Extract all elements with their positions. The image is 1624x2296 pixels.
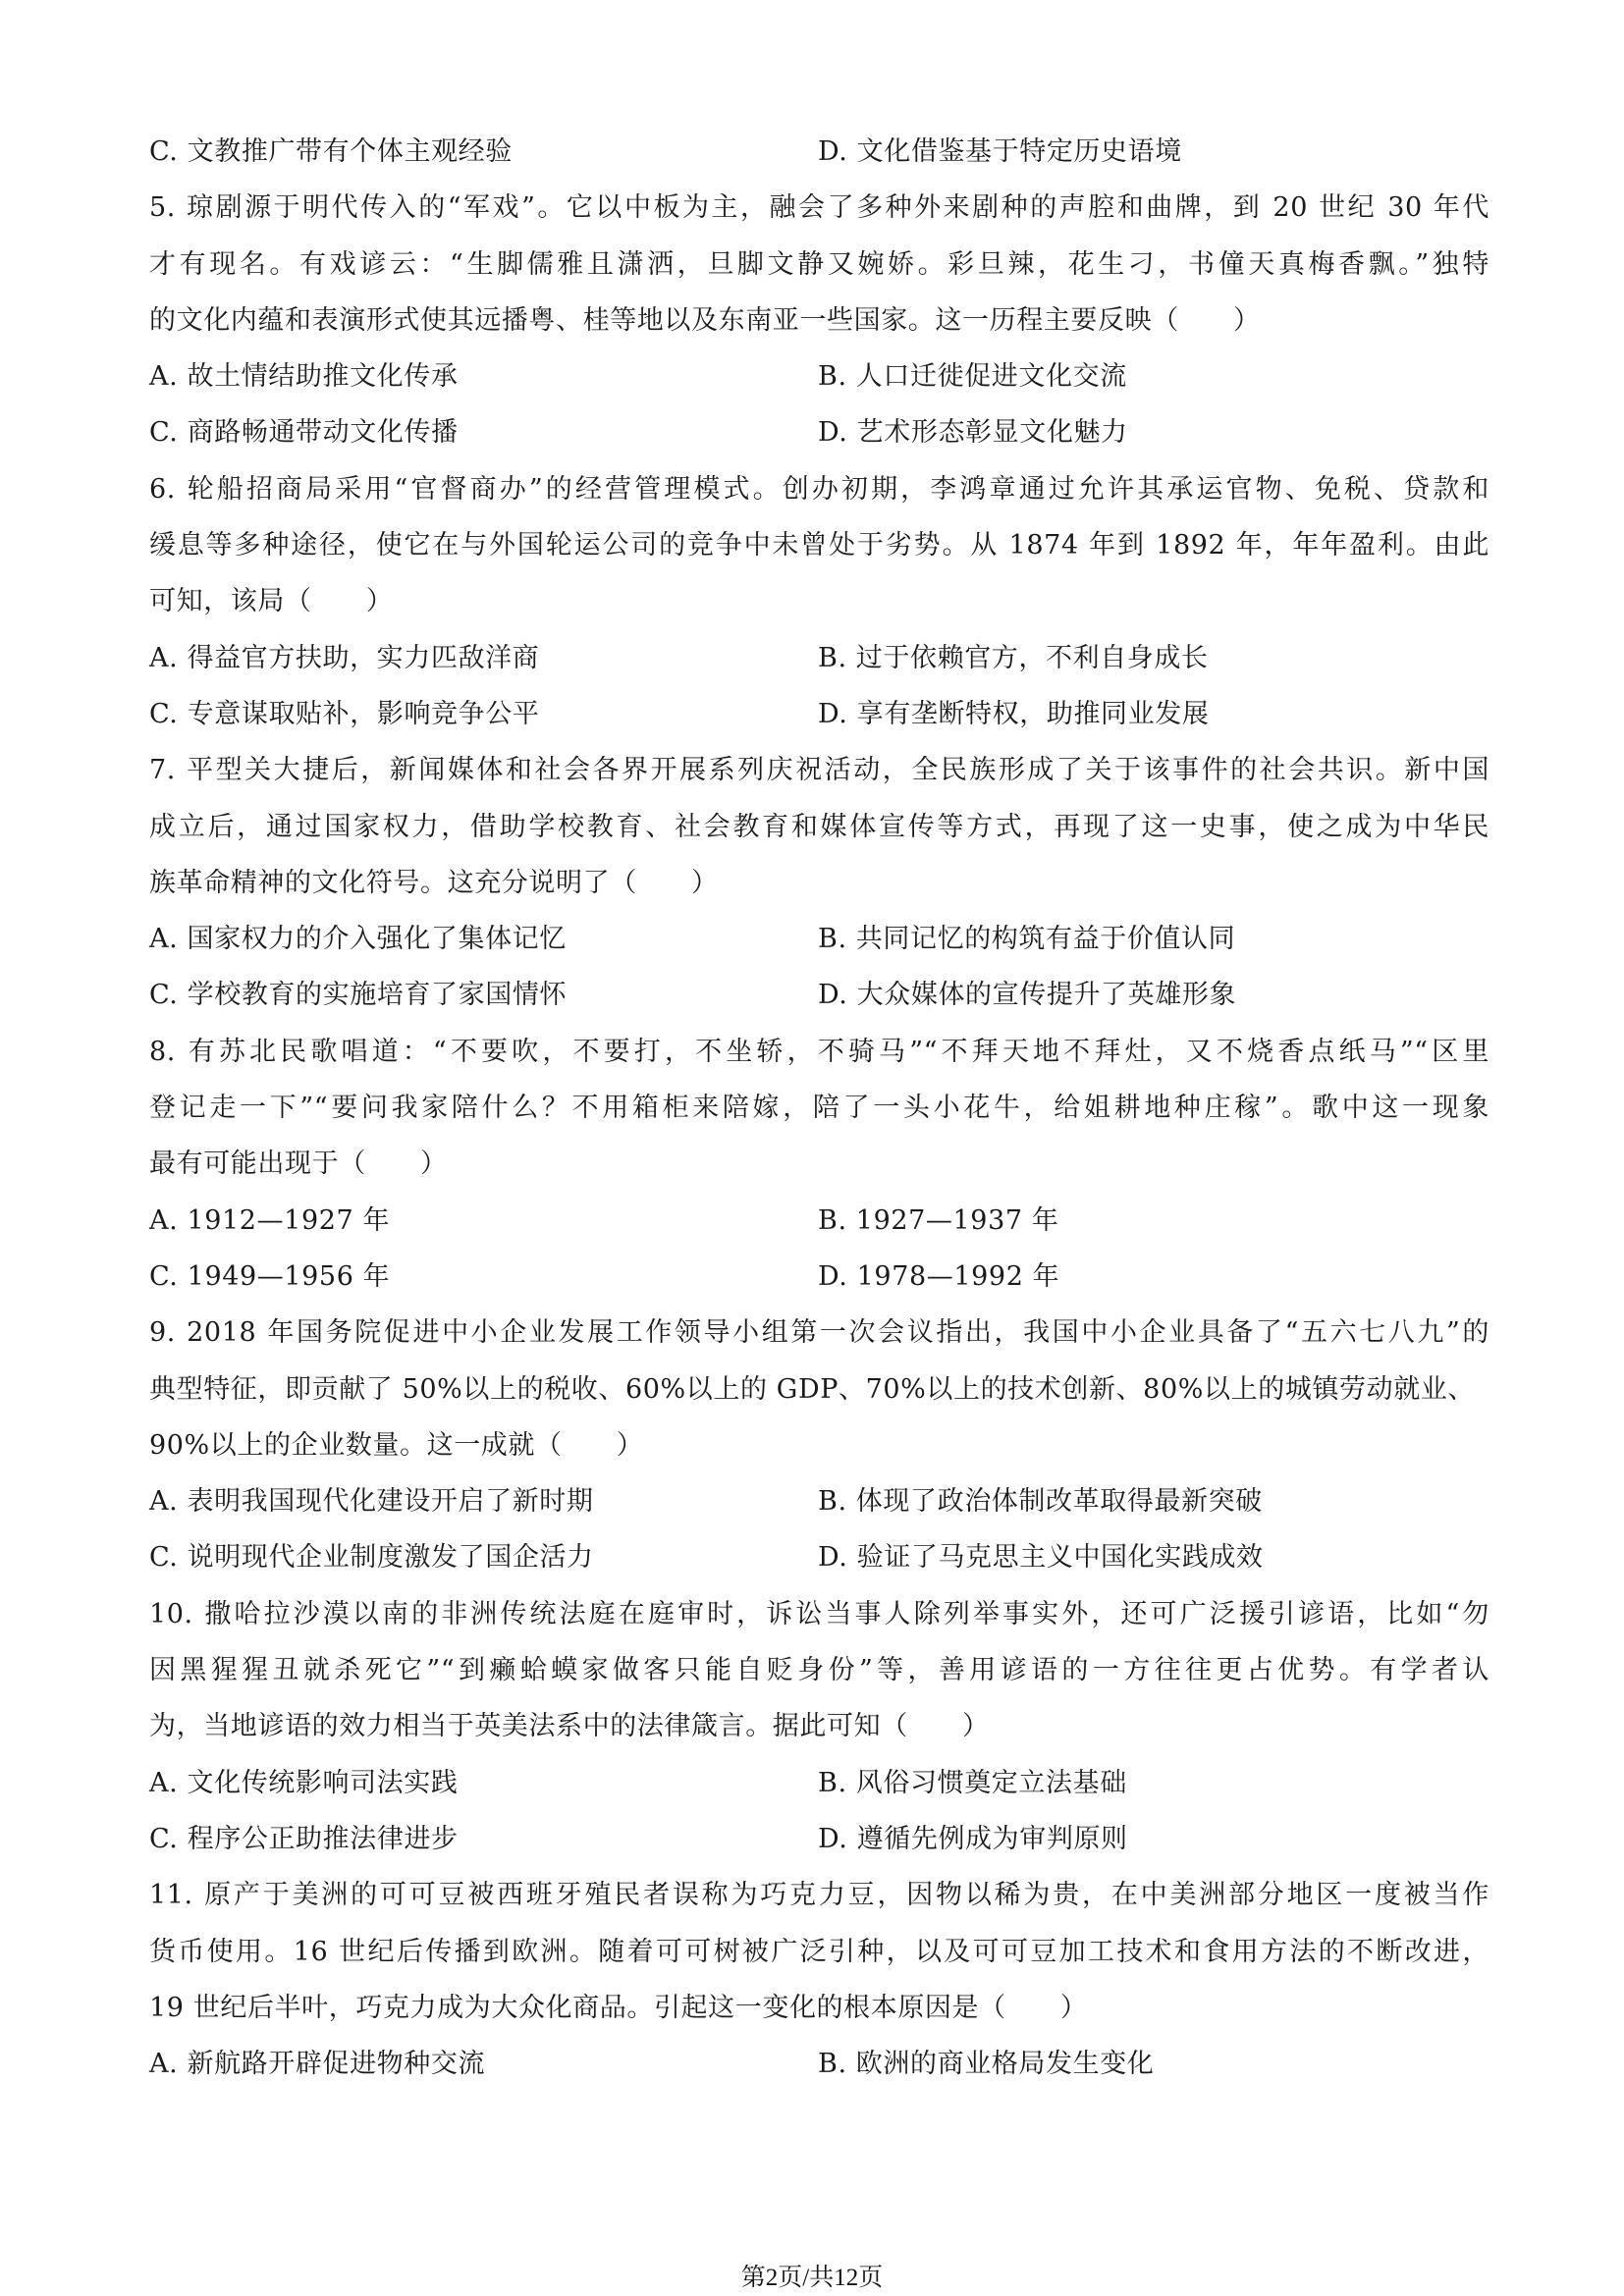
q7-option-a[interactable]: A. 国家权力的介入强化了集体记忆 — [149, 911, 818, 967]
q6-option-a[interactable]: A. 得益官方扶助，实力匹敌洋商 — [149, 630, 818, 686]
q9-stem-line-3: 90%以上的企业数量。这一成就（ ） — [149, 1417, 1489, 1473]
q7-stem-line-3: 族革命精神的文化符号。这充分说明了（ ） — [149, 855, 1489, 911]
q7-options-row-cd: C. 学校教育的实施培育了家国情怀 D. 大众媒体的宣传提升了英雄形象 — [149, 967, 1489, 1023]
q8-stem-line-1: 8. 有苏北民歌唱道：“不要吹，不要打，不坐轿，不骑马”“不拜天地不拜灶，又不烧… — [149, 1024, 1489, 1080]
q9-option-c[interactable]: C. 说明现代企业制度激发了国企活力 — [149, 1529, 818, 1585]
q10-stem-line-3: 为，当地谚语的效力相当于英美法系中的法律箴言。据此可知（ ） — [149, 1698, 1489, 1754]
q6-option-d[interactable]: D. 享有垄断特权，助推同业发展 — [818, 686, 1487, 742]
q5-stem-line-1: 5. 琼剧源于明代传入的“军戏”。它以中板为主，融会了多种外来剧种的声腔和曲牌，… — [149, 180, 1489, 236]
q7-option-d[interactable]: D. 大众媒体的宣传提升了英雄形象 — [818, 967, 1487, 1023]
q5-option-c[interactable]: C. 商路畅通带动文化传播 — [149, 404, 818, 460]
q10-option-d[interactable]: D. 遵循先例成为审判原则 — [818, 1811, 1487, 1867]
question-9: 9. 2018 年国务院促进中小企业发展工作领导小组第一次会议指出，我国中小企业… — [149, 1305, 1489, 1585]
q5-options-row-cd: C. 商路畅通带动文化传播 D. 艺术形态彰显文化魅力 — [149, 404, 1489, 460]
q5-options-row-ab: A. 故土情结助推文化传承 B. 人口迁徙促进文化交流 — [149, 348, 1489, 404]
q9-option-b[interactable]: B. 体现了政治体制改革取得最新突破 — [818, 1473, 1487, 1529]
q8-option-c[interactable]: C. 1949—1956 年 — [149, 1249, 818, 1305]
question-10: 10. 撒哈拉沙漠以南的非洲传统法庭在庭审时，诉讼当事人除列举事实外，还可广泛援… — [149, 1586, 1489, 1867]
q9-stem-line-1: 9. 2018 年国务院促进中小企业发展工作领导小组第一次会议指出，我国中小企业… — [149, 1305, 1489, 1361]
q7-stem-line-2: 成立后，通过国家权力，借助学校教育、社会教育和媒体宣传等方式，再现了这一史事，使… — [149, 799, 1489, 855]
q7-option-b[interactable]: B. 共同记忆的构筑有益于价值认同 — [818, 911, 1487, 967]
q10-stem-line-1: 10. 撒哈拉沙漠以南的非洲传统法庭在庭审时，诉讼当事人除列举事实外，还可广泛援… — [149, 1586, 1489, 1642]
q8-stem-line-2: 登记走一下”“要问我家陪什么？不用箱柜来陪嫁，陪了一头小花牛，给姐耕地种庄稼”。… — [149, 1080, 1489, 1136]
question-7: 7. 平型关大捷后，新闻媒体和社会各界开展系列庆祝活动，全民族形成了关于该事件的… — [149, 742, 1489, 1023]
q4-option-d[interactable]: D. 文化借鉴基于特定历史语境 — [818, 124, 1487, 180]
q6-options-row-ab: A. 得益官方扶助，实力匹敌洋商 B. 过于依赖官方，不利自身成长 — [149, 630, 1489, 686]
q6-stem-line-1: 6. 轮船招商局采用“官督商办”的经营管理模式。创办初期，李鸿章通过允许其承运官… — [149, 461, 1489, 517]
q10-stem-line-2: 因黑猩猩丑就杀死它”“到癞蛤蟆家做客只能自贬身份”等，善用谚语的一方往往更占优势… — [149, 1642, 1489, 1698]
q9-option-d[interactable]: D. 验证了马克思主义中国化实践成效 — [818, 1529, 1487, 1585]
q8-option-a[interactable]: A. 1912—1927 年 — [149, 1193, 818, 1249]
q6-stem-line-3: 可知，该局（ ） — [149, 573, 1489, 629]
q11-stem-line-2: 货币使用。16 世纪后传播到欧洲。随着可可树被广泛引种，以及可可豆加工技术和食用… — [149, 1924, 1489, 1980]
page-indicator: 第2页/共12页 — [0, 2258, 1624, 2293]
question-6: 6. 轮船招商局采用“官督商办”的经营管理模式。创办初期，李鸿章通过允许其承运官… — [149, 461, 1489, 742]
q6-options-row-cd: C. 专意谋取贴补，影响竞争公平 D. 享有垄断特权，助推同业发展 — [149, 686, 1489, 742]
q6-option-b[interactable]: B. 过于依赖官方，不利自身成长 — [818, 630, 1487, 686]
q8-option-d[interactable]: D. 1978—1992 年 — [818, 1249, 1487, 1305]
q9-options-row-ab: A. 表明我国现代化建设开启了新时期 B. 体现了政治体制改革取得最新突破 — [149, 1473, 1489, 1529]
q11-option-a[interactable]: A. 新航路开辟促进物种交流 — [149, 2036, 818, 2092]
q7-stem-line-1: 7. 平型关大捷后，新闻媒体和社会各界开展系列庆祝活动，全民族形成了关于该事件的… — [149, 742, 1489, 798]
q10-option-a[interactable]: A. 文化传统影响司法实践 — [149, 1755, 818, 1811]
q6-stem-line-2: 缓息等多种途径，使它在与外国轮运公司的竞争中未曾处于劣势。从 1874 年到 1… — [149, 517, 1489, 573]
q9-option-a[interactable]: A. 表明我国现代化建设开启了新时期 — [149, 1473, 818, 1529]
q5-option-d[interactable]: D. 艺术形态彰显文化魅力 — [818, 404, 1487, 460]
q7-options-row-ab: A. 国家权力的介入强化了集体记忆 B. 共同记忆的构筑有益于价值认同 — [149, 911, 1489, 967]
q5-stem-line-3: 的文化内蕴和表演形式使其远播粤、桂等地以及东南亚一些国家。这一历程主要反映（ ） — [149, 293, 1489, 348]
question-11: 11. 原产于美洲的可可豆被西班牙殖民者误称为巧克力豆，因物以稀为贵，在中美洲部… — [149, 1867, 1489, 2092]
q5-stem-line-2: 才有现名。有戏谚云：“生脚儒雅且潇洒，旦脚文静又婉娇。彩旦辣，花生刁，书僮天真梅… — [149, 237, 1489, 293]
exam-page: C. 文教推广带有个体主观经验 D. 文化借鉴基于特定历史语境 5. 琼剧源于明… — [149, 124, 1489, 2092]
q5-option-a[interactable]: A. 故土情结助推文化传承 — [149, 348, 818, 404]
q7-option-c[interactable]: C. 学校教育的实施培育了家国情怀 — [149, 967, 818, 1023]
q4-options-row-cd: C. 文教推广带有个体主观经验 D. 文化借鉴基于特定历史语境 — [149, 124, 1489, 180]
q8-options-row-ab: A. 1912—1927 年 B. 1927—1937 年 — [149, 1193, 1489, 1249]
q4-option-c[interactable]: C. 文教推广带有个体主观经验 — [149, 124, 818, 180]
q8-stem-line-3: 最有可能出现于（ ） — [149, 1136, 1489, 1192]
q10-options-row-cd: C. 程序公正助推法律进步 D. 遵循先例成为审判原则 — [149, 1811, 1489, 1867]
q9-stem-line-2: 典型特征，即贡献了 50%以上的税收、60%以上的 GDP、70%以上的技术创新… — [149, 1362, 1489, 1417]
question-8: 8. 有苏北民歌唱道：“不要吹，不要打，不坐轿，不骑马”“不拜天地不拜灶，又不烧… — [149, 1024, 1489, 1305]
question-5: 5. 琼剧源于明代传入的“军戏”。它以中板为主，融会了多种外来剧种的声腔和曲牌，… — [149, 180, 1489, 460]
q6-option-c[interactable]: C. 专意谋取贴补，影响竞争公平 — [149, 686, 818, 742]
q11-option-b[interactable]: B. 欧洲的商业格局发生变化 — [818, 2036, 1487, 2092]
q10-options-row-ab: A. 文化传统影响司法实践 B. 风俗习惯奠定立法基础 — [149, 1755, 1489, 1811]
q11-stem-line-1: 11. 原产于美洲的可可豆被西班牙殖民者误称为巧克力豆，因物以稀为贵，在中美洲部… — [149, 1867, 1489, 1923]
q8-option-b[interactable]: B. 1927—1937 年 — [818, 1193, 1487, 1249]
q10-option-c[interactable]: C. 程序公正助推法律进步 — [149, 1811, 818, 1867]
q8-options-row-cd: C. 1949—1956 年 D. 1978—1992 年 — [149, 1249, 1489, 1305]
q11-stem-line-3: 19 世纪后半叶，巧克力成为大众化商品。引起这一变化的根本原因是（ ） — [149, 1980, 1489, 2036]
q11-options-row-ab: A. 新航路开辟促进物种交流 B. 欧洲的商业格局发生变化 — [149, 2036, 1489, 2092]
q9-options-row-cd: C. 说明现代企业制度激发了国企活力 D. 验证了马克思主义中国化实践成效 — [149, 1529, 1489, 1585]
q10-option-b[interactable]: B. 风俗习惯奠定立法基础 — [818, 1755, 1487, 1811]
q5-option-b[interactable]: B. 人口迁徙促进文化交流 — [818, 348, 1487, 404]
